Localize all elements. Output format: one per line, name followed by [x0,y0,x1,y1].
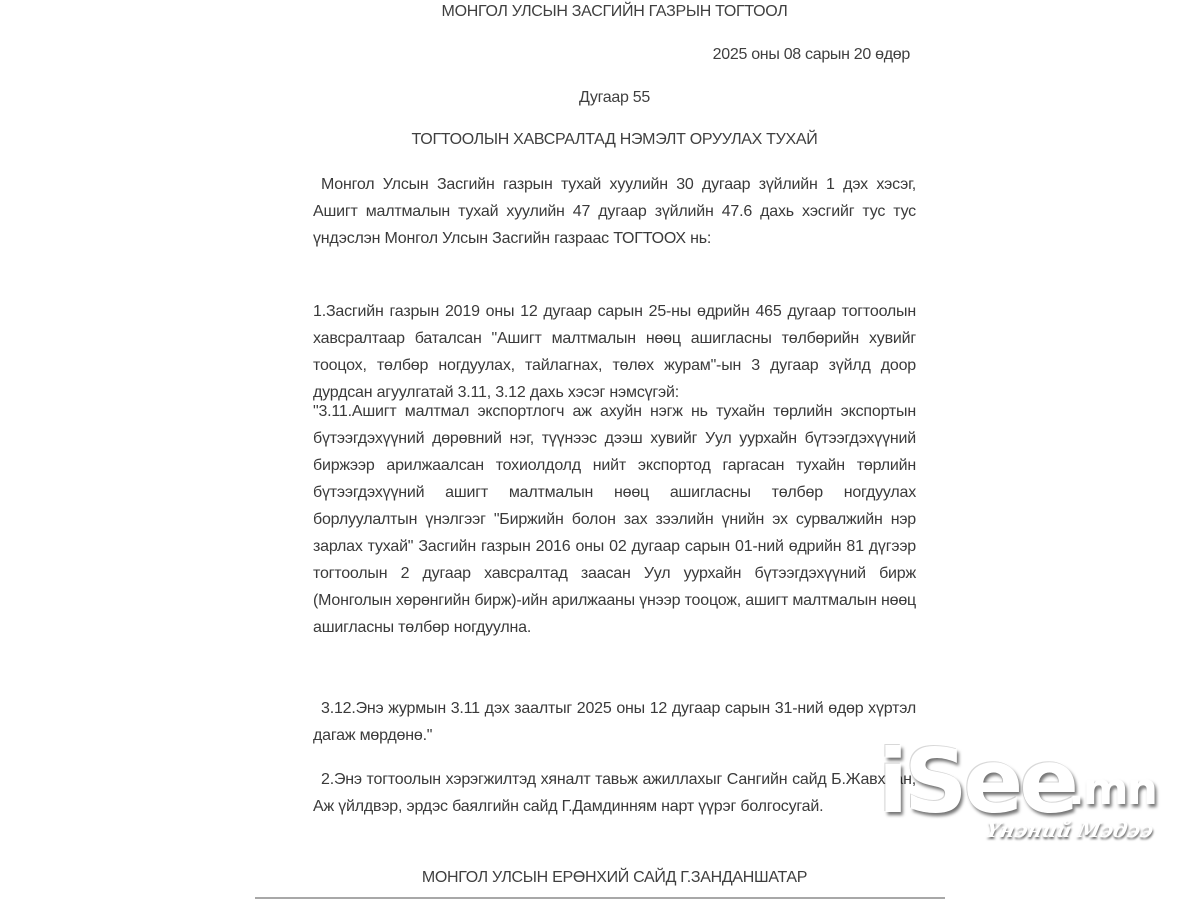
bottom-divider [255,897,945,899]
item-1-paragraph: 1.Засгийн газрын 2019 оны 12 дугаар сары… [313,298,916,406]
document-subject: ТОГТООЛЫН ХАВСРАЛТАД НЭМЭЛТ ОРУУЛАХ ТУХА… [313,131,916,149]
clause-3-12-paragraph: 3.12.Энэ журмын 3.11 дэх заалтыг 2025 он… [313,695,916,749]
isee-watermark-logo: iSee .mn Үнэний Мэдээ [878,738,1168,848]
item-2-paragraph: 2.Энэ тогтоолын хэрэгжилтэд хяналт тавьж… [313,766,916,820]
document-title: МОНГОЛ УЛСЫН ЗАСГИЙН ГАЗРЫН ТОГТООЛ [313,3,916,21]
clause-3-11-paragraph: "3.11.Ашигт малтмал экспортлогч аж ахуйн… [313,398,916,641]
document-date: 2025 оны 08 сарын 20 өдөр [313,46,916,64]
watermark-tld: .mn [1068,768,1156,812]
document-number: Дугаар 55 [313,89,916,107]
watermark-tagline: Үнэний Мэдээ [983,818,1155,842]
signature-line: МОНГОЛ УЛСЫН ЕРӨНХИЙ САЙД Г.ЗАНДАНШАТАР [313,869,916,887]
intro-paragraph: Монгол Улсын Засгийн газрын тухай хуулий… [313,171,916,252]
